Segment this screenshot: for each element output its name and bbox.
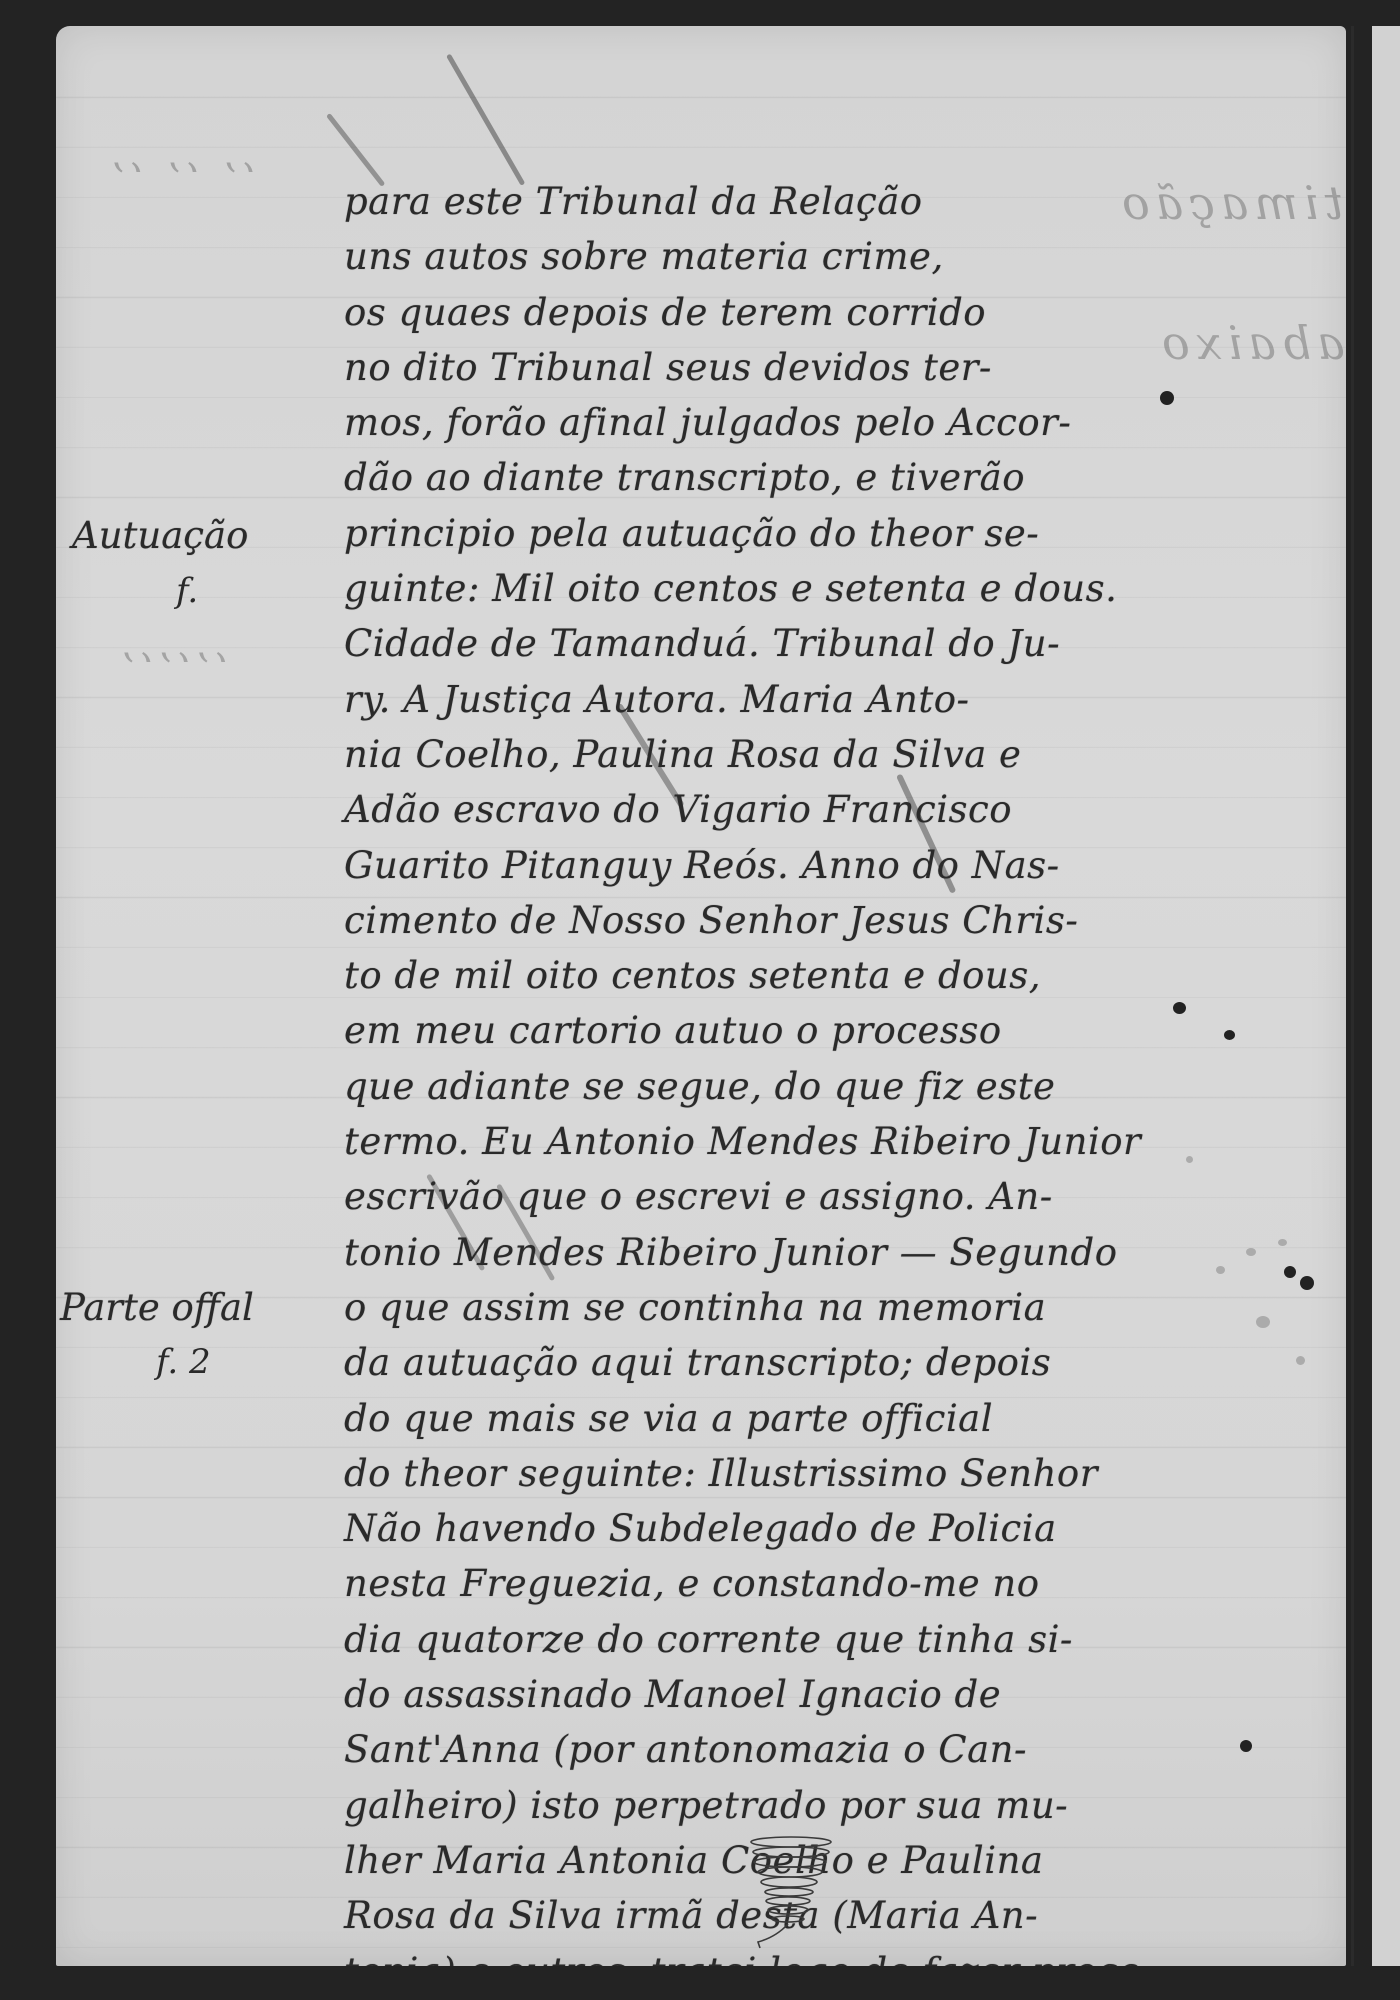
- paper-stain: [1296, 1356, 1305, 1365]
- text-line: dia quatorze do corrente que tinha si-: [344, 1612, 1184, 1667]
- ink-spot: [1173, 1002, 1186, 1014]
- text-line: do que mais se via a parte official: [344, 1391, 1184, 1446]
- text-line: Guarito Pitanguy Reós. Anno do Nas-: [344, 838, 1184, 893]
- text-line: que adiante se segue, do que fiz este: [344, 1059, 1184, 1114]
- paper-stain: [1256, 1316, 1270, 1328]
- text-line: principio pela autuação do theor se-: [344, 506, 1184, 561]
- scan-frame: Intimação Nós abaixo ‘’ ‘’ ‘’ ‘’‘’‘’ par…: [0, 0, 1400, 2000]
- text-line: cimento de Nosso Senhor Jesus Chris-: [344, 893, 1184, 948]
- text-line: to de mil oito centos setenta e dous,: [344, 948, 1184, 1003]
- text-line: dão ao diante transcripto, e tiverão: [344, 450, 1184, 505]
- bleed-through-text: ‘’‘’‘’: [116, 646, 228, 692]
- ink-spot: [1160, 391, 1174, 405]
- text-line: Sant'Anna (por antonomazia o Can-: [344, 1722, 1184, 1777]
- text-line: guinte: Mil oito centos e setenta e dous…: [344, 561, 1184, 616]
- text-line: nia Coelho, Paulina Rosa da Silva e: [344, 727, 1184, 782]
- ink-spot: [1224, 1030, 1235, 1040]
- text-line: Cidade de Tamanduá. Tribunal do Ju-: [344, 616, 1184, 671]
- text-line: o que assim se continha na memoria: [344, 1280, 1184, 1335]
- bleed-through-text: Nós abaixo: [1156, 316, 1346, 370]
- text-line: os quaes depois de terem corrido: [344, 285, 1184, 340]
- end-flourish-icon: [746, 1832, 836, 1952]
- ink-spot: [1240, 1740, 1252, 1752]
- text-line: ry. A Justiça Autora. Maria Anto-: [344, 672, 1184, 727]
- margin-note-autuacao: Autuação: [72, 514, 248, 557]
- bleed-through-text: ‘’ ‘’ ‘’: [106, 156, 256, 202]
- text-line: em meu cartorio autuo o processo: [344, 1003, 1184, 1058]
- text-line: Adão escravo do Vigario Francisco: [344, 782, 1184, 837]
- text-line: tonio Mendes Ribeiro Junior — Segundo: [344, 1225, 1184, 1280]
- text-line: escrivão que o escrevi e assigno. An-: [344, 1169, 1184, 1224]
- ink-spot: [1284, 1266, 1296, 1278]
- text-line: galheiro) isto perpetrado por sua mu-: [344, 1778, 1184, 1833]
- margin-note-parte-official: Parte offal: [60, 1286, 254, 1329]
- text-line: da autuação aqui transcripto; depois: [344, 1335, 1184, 1390]
- manuscript-text: para este Tribunal da Relação uns autos …: [344, 174, 1184, 1966]
- margin-ref-folio: f.: [176, 571, 198, 611]
- text-line: nesta Freguezia, e constando-me no: [344, 1556, 1184, 1611]
- paper-stain: [1278, 1239, 1287, 1246]
- text-line: uns autos sobre materia crime,: [344, 229, 1184, 284]
- manuscript-page: Intimação Nós abaixo ‘’ ‘’ ‘’ ‘’‘’‘’ par…: [56, 26, 1346, 1966]
- ink-spot: [1300, 1276, 1314, 1290]
- adjacent-page-edge: [1372, 26, 1400, 1966]
- text-line: para este Tribunal da Relação: [344, 174, 1184, 229]
- text-line: no dito Tribunal seus devidos ter-: [344, 340, 1184, 395]
- paper-stain: [1246, 1248, 1256, 1256]
- text-line: do theor seguinte: Illustrissimo Senhor: [344, 1446, 1184, 1501]
- text-line: termo. Eu Antonio Mendes Ribeiro Junior: [344, 1114, 1184, 1169]
- page-gutter-line: [1351, 26, 1354, 1966]
- text-line: Não havendo Subdelegado de Policia: [344, 1501, 1184, 1556]
- text-line: mos, forão afinal julgados pelo Accor-: [344, 395, 1184, 450]
- paper-stain: [1186, 1156, 1193, 1163]
- margin-ref-folio: f. 2: [156, 1342, 211, 1382]
- paper-stain: [1216, 1266, 1225, 1274]
- text-line: do assassinado Manoel Ignacio de: [344, 1667, 1184, 1722]
